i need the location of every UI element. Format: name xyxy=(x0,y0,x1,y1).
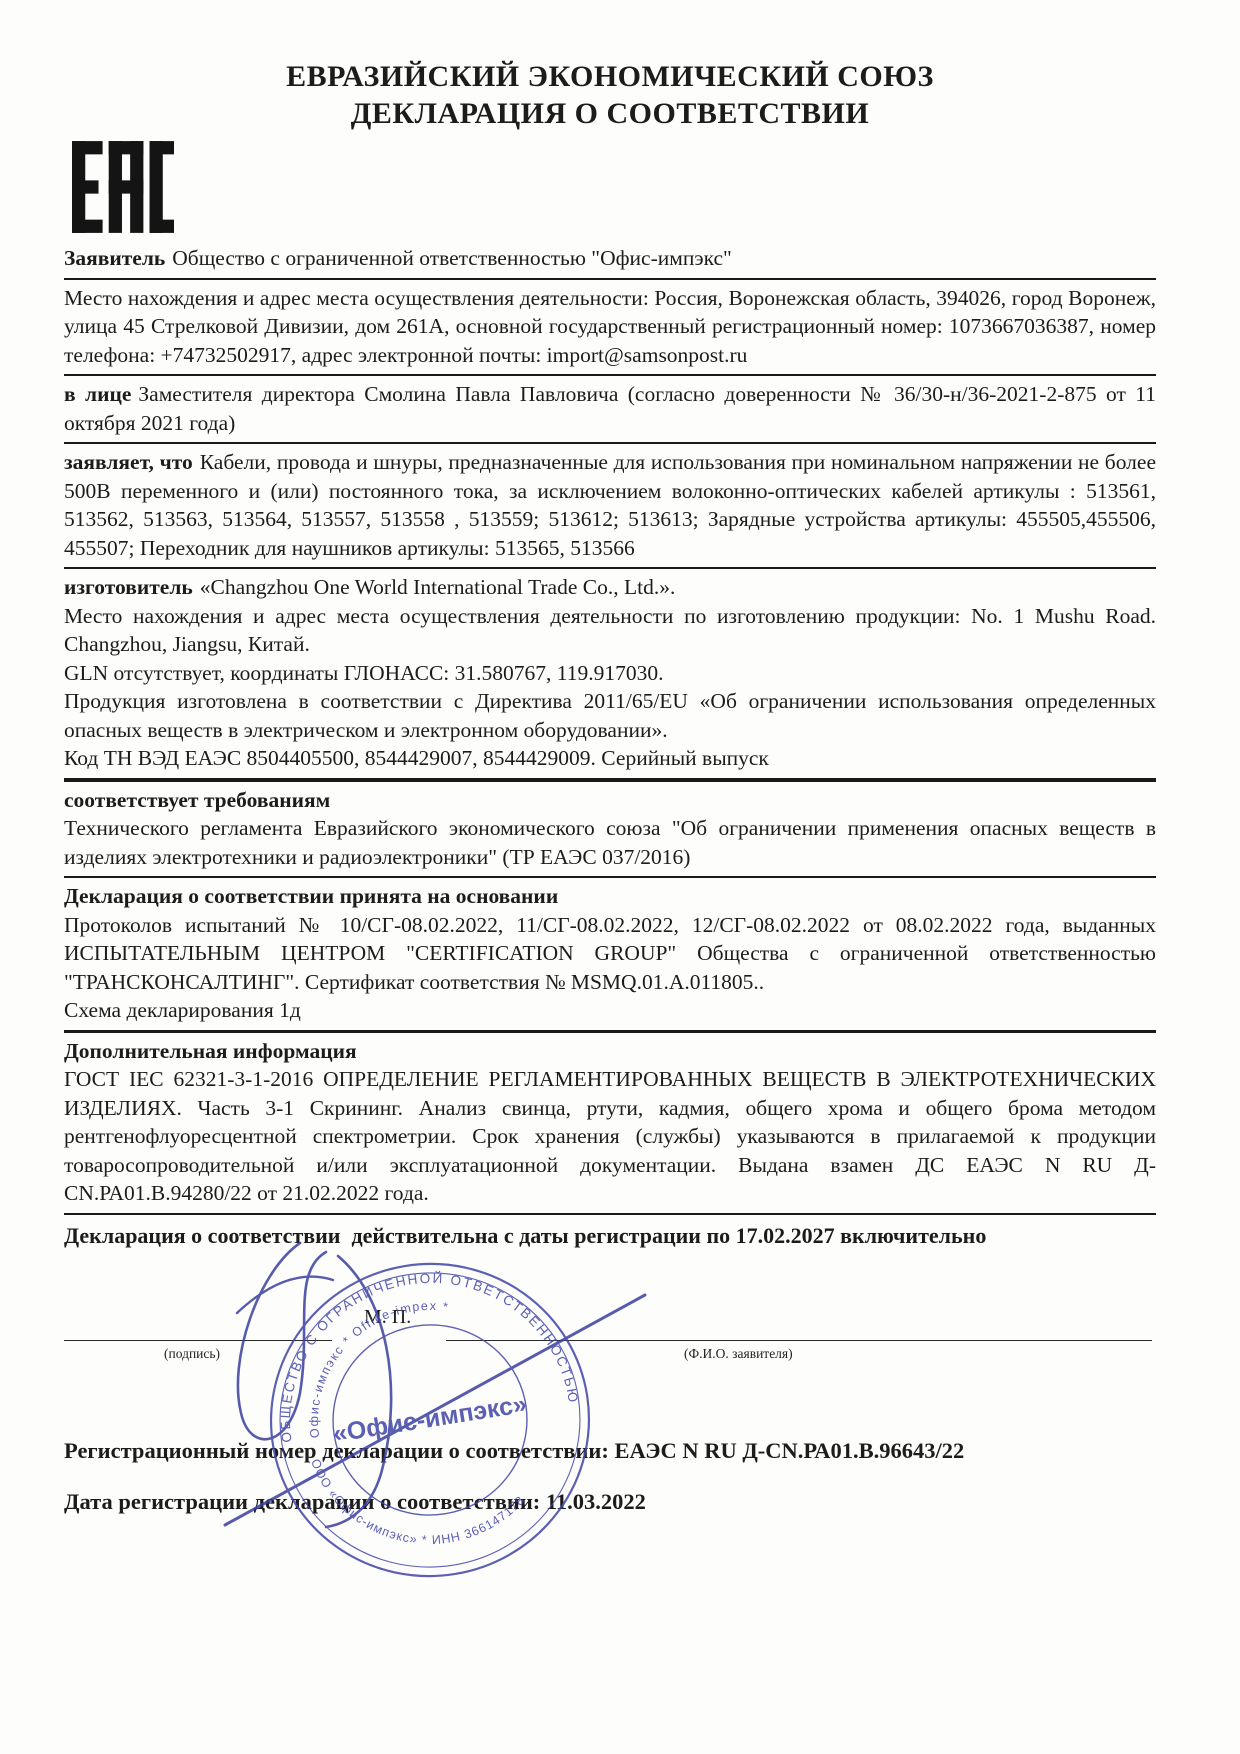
applicant-value: Общество с ограниченной ответственностью… xyxy=(172,246,732,270)
complies-paragraph: Технического регламента Евразийского эко… xyxy=(64,814,1156,871)
representative-row: в лицеЗаместителя директора Смолина Павл… xyxy=(64,380,1156,437)
declares-label: заявляет, что xyxy=(64,450,193,474)
basis-paragraph: Протоколов испытаний № 10/СГ-08.02.2022,… xyxy=(64,911,1156,997)
representative-value: Заместителя директора Смолина Павла Павл… xyxy=(64,382,1156,435)
divider xyxy=(64,876,1156,878)
manufacturer-label: изготовитель xyxy=(64,575,193,599)
title-union-line: ЕВРАЗИЙСКИЙ ЭКОНОМИЧЕСКИЙ СОЮЗ xyxy=(64,58,1156,95)
validity-statement: Декларация о соответствии действительна … xyxy=(64,1221,1156,1250)
registration-date-line: Дата регистрации декларации о соответств… xyxy=(64,1487,1156,1517)
declares-value: Кабели, провода и шнуры, предназначенные… xyxy=(64,450,1156,560)
manufacturer-address-paragraph: Место нахождения и адрес места осуществл… xyxy=(64,602,1156,659)
additional-info-heading: Дополнительная информация xyxy=(64,1037,1156,1066)
declaration-document-page: ЕВРАЗИЙСКИЙ ЭКОНОМИЧЕСКИЙ СОЮЗ ДЕКЛАРАЦИ… xyxy=(0,0,1240,1754)
manufacturer-row: изготовитель«Changzhou One World Interna… xyxy=(64,573,1156,602)
declared-products-row: заявляет, чтоКабели, провода и шнуры, пр… xyxy=(64,448,1156,562)
gln-paragraph: GLN отсутствует, координаты ГЛОНАСС: 31.… xyxy=(64,659,1156,688)
divider xyxy=(64,1213,1156,1215)
tnved-paragraph: Код ТН ВЭД ЕАЭС 8504405500, 8544429007, … xyxy=(64,744,1156,773)
manufacturer-block: изготовитель«Changzhou One World Interna… xyxy=(64,573,1156,773)
divider-medium xyxy=(64,1030,1156,1033)
stamp-place-note: М. П. xyxy=(364,1306,411,1329)
page-title: ЕВРАЗИЙСКИЙ ЭКОНОМИЧЕСКИЙ СОЮЗ ДЕКЛАРАЦИ… xyxy=(64,58,1156,132)
fio-line xyxy=(446,1340,1152,1341)
divider xyxy=(64,567,1156,569)
directive-paragraph: Продукция изготовлена в соответствии с Д… xyxy=(64,687,1156,744)
additional-info-paragraph: ГОСТ IEC 62321-3-1-2016 ОПРЕДЕЛЕНИЕ РЕГЛ… xyxy=(64,1065,1156,1208)
signature-line xyxy=(64,1340,332,1341)
applicant-row: ЗаявительОбщество с ограниченной ответст… xyxy=(64,244,1156,273)
fio-caption: (Ф.И.О. заявителя) xyxy=(684,1346,793,1362)
title-declaration-line: ДЕКЛАРАЦИЯ О СООТВЕТСТВИИ xyxy=(64,95,1156,132)
basis-scheme-line: Схема декларирования 1д xyxy=(64,996,1156,1025)
divider-thick xyxy=(64,778,1156,782)
manufacturer-value: «Changzhou One World International Trade… xyxy=(200,575,676,599)
basis-heading: Декларация о соответствии принята на осн… xyxy=(64,882,1156,911)
applicant-address-paragraph: Место нахождения и адрес места осуществл… xyxy=(64,284,1156,370)
divider xyxy=(64,374,1156,376)
signature-caption: (подпись) xyxy=(164,1346,220,1362)
divider xyxy=(64,442,1156,444)
signature-area: М. П. (подпись) (Ф.И.О. заявителя) xyxy=(64,1254,1156,1372)
registration-number-line: Регистрационный номер декларации о соотв… xyxy=(64,1436,1156,1466)
eac-mark-icon xyxy=(72,140,174,234)
applicant-label: Заявитель xyxy=(64,246,165,270)
representative-label: в лице xyxy=(64,382,131,406)
complies-heading: соответствует требованиям xyxy=(64,786,1156,815)
divider xyxy=(64,278,1156,280)
